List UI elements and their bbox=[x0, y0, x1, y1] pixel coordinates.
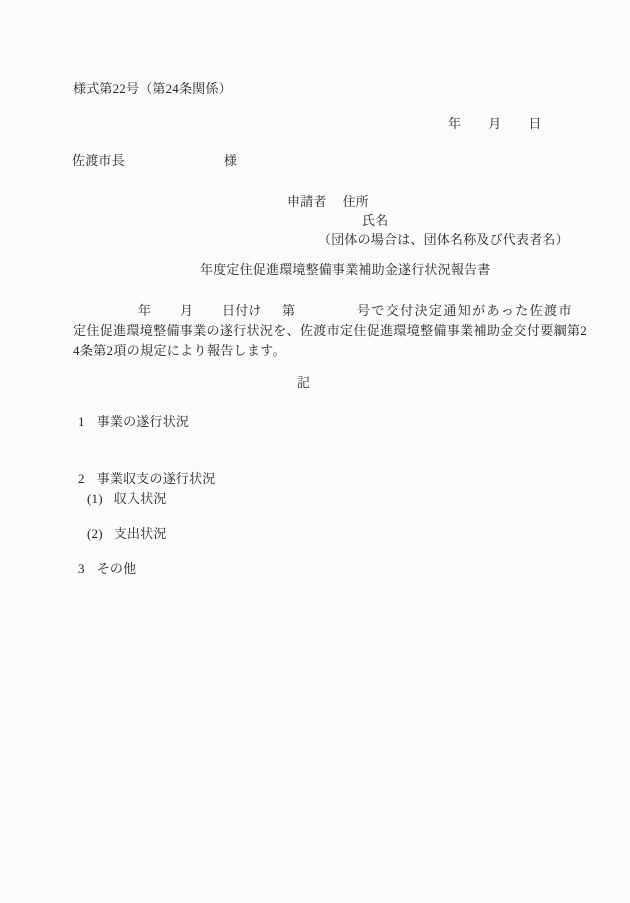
item-2: 2 事業収支の遂行状況 bbox=[78, 471, 216, 487]
applicant-name-label: 氏名 bbox=[362, 213, 388, 229]
item-2-label: 事業収支の遂行状況 bbox=[97, 471, 216, 487]
addressee-honorific: 様 bbox=[224, 153, 237, 169]
item-2-2-label: 支出状況 bbox=[114, 526, 167, 542]
item-3: 3 その他 bbox=[78, 561, 136, 577]
item-2-number: 2 bbox=[78, 471, 85, 487]
date-line: 年 月 日 bbox=[448, 116, 542, 132]
item-2-1-number: (1) bbox=[87, 491, 103, 507]
item-1-number: 1 bbox=[78, 414, 85, 430]
body-month-label: 月 bbox=[180, 303, 193, 319]
body-paragraph-line-3: 4条第2項の規定により報告します。 bbox=[73, 343, 286, 359]
item-3-label: その他 bbox=[97, 561, 137, 577]
body-number-prefix: 第 bbox=[282, 303, 295, 319]
applicant-group-note: （団体の場合は、団体名称及び代表者名） bbox=[318, 232, 569, 248]
document-page: 様式第22号（第24条関係） 年 月 日 佐渡市長 様 申請者 住所 氏名 （団… bbox=[0, 0, 630, 903]
body-paragraph-line-2: 定住促進環境整備事業の遂行状況を、佐渡市定住促進環境整備事業補助金交付要綱第2 bbox=[73, 323, 587, 339]
body-line-1-rest: 号で交付決定通知があった佐渡市 bbox=[357, 303, 573, 319]
item-2-1: (1) 収入状況 bbox=[87, 491, 167, 507]
applicant-address-label: 住所 bbox=[343, 194, 369, 210]
item-2-2-number: (2) bbox=[87, 526, 103, 542]
record-marker: 記 bbox=[297, 375, 310, 391]
item-2-1-label: 収入状況 bbox=[114, 491, 167, 507]
document-title: 年度定住促進環境整備事業補助金遂行状況報告書 bbox=[200, 262, 490, 278]
date-year-label: 年 bbox=[448, 116, 461, 132]
item-2-2: (2) 支出状況 bbox=[87, 526, 167, 542]
applicant-label: 申請者 bbox=[287, 194, 327, 210]
body-year-label: 年 bbox=[138, 303, 151, 319]
date-day-label: 日 bbox=[528, 116, 541, 132]
applicant-row: 申請者 住所 bbox=[287, 194, 369, 210]
form-number: 様式第22号（第24条関係） bbox=[73, 81, 232, 97]
item-3-number: 3 bbox=[78, 561, 85, 577]
addressee-line: 佐渡市長 様 bbox=[72, 153, 237, 169]
date-month-label: 月 bbox=[488, 116, 501, 132]
item-1: 1 事業の遂行状況 bbox=[78, 414, 189, 430]
item-1-label: 事業の遂行状況 bbox=[97, 414, 189, 430]
body-date-suffix: 日付け bbox=[222, 303, 262, 319]
addressee-title: 佐渡市長 bbox=[72, 153, 125, 169]
